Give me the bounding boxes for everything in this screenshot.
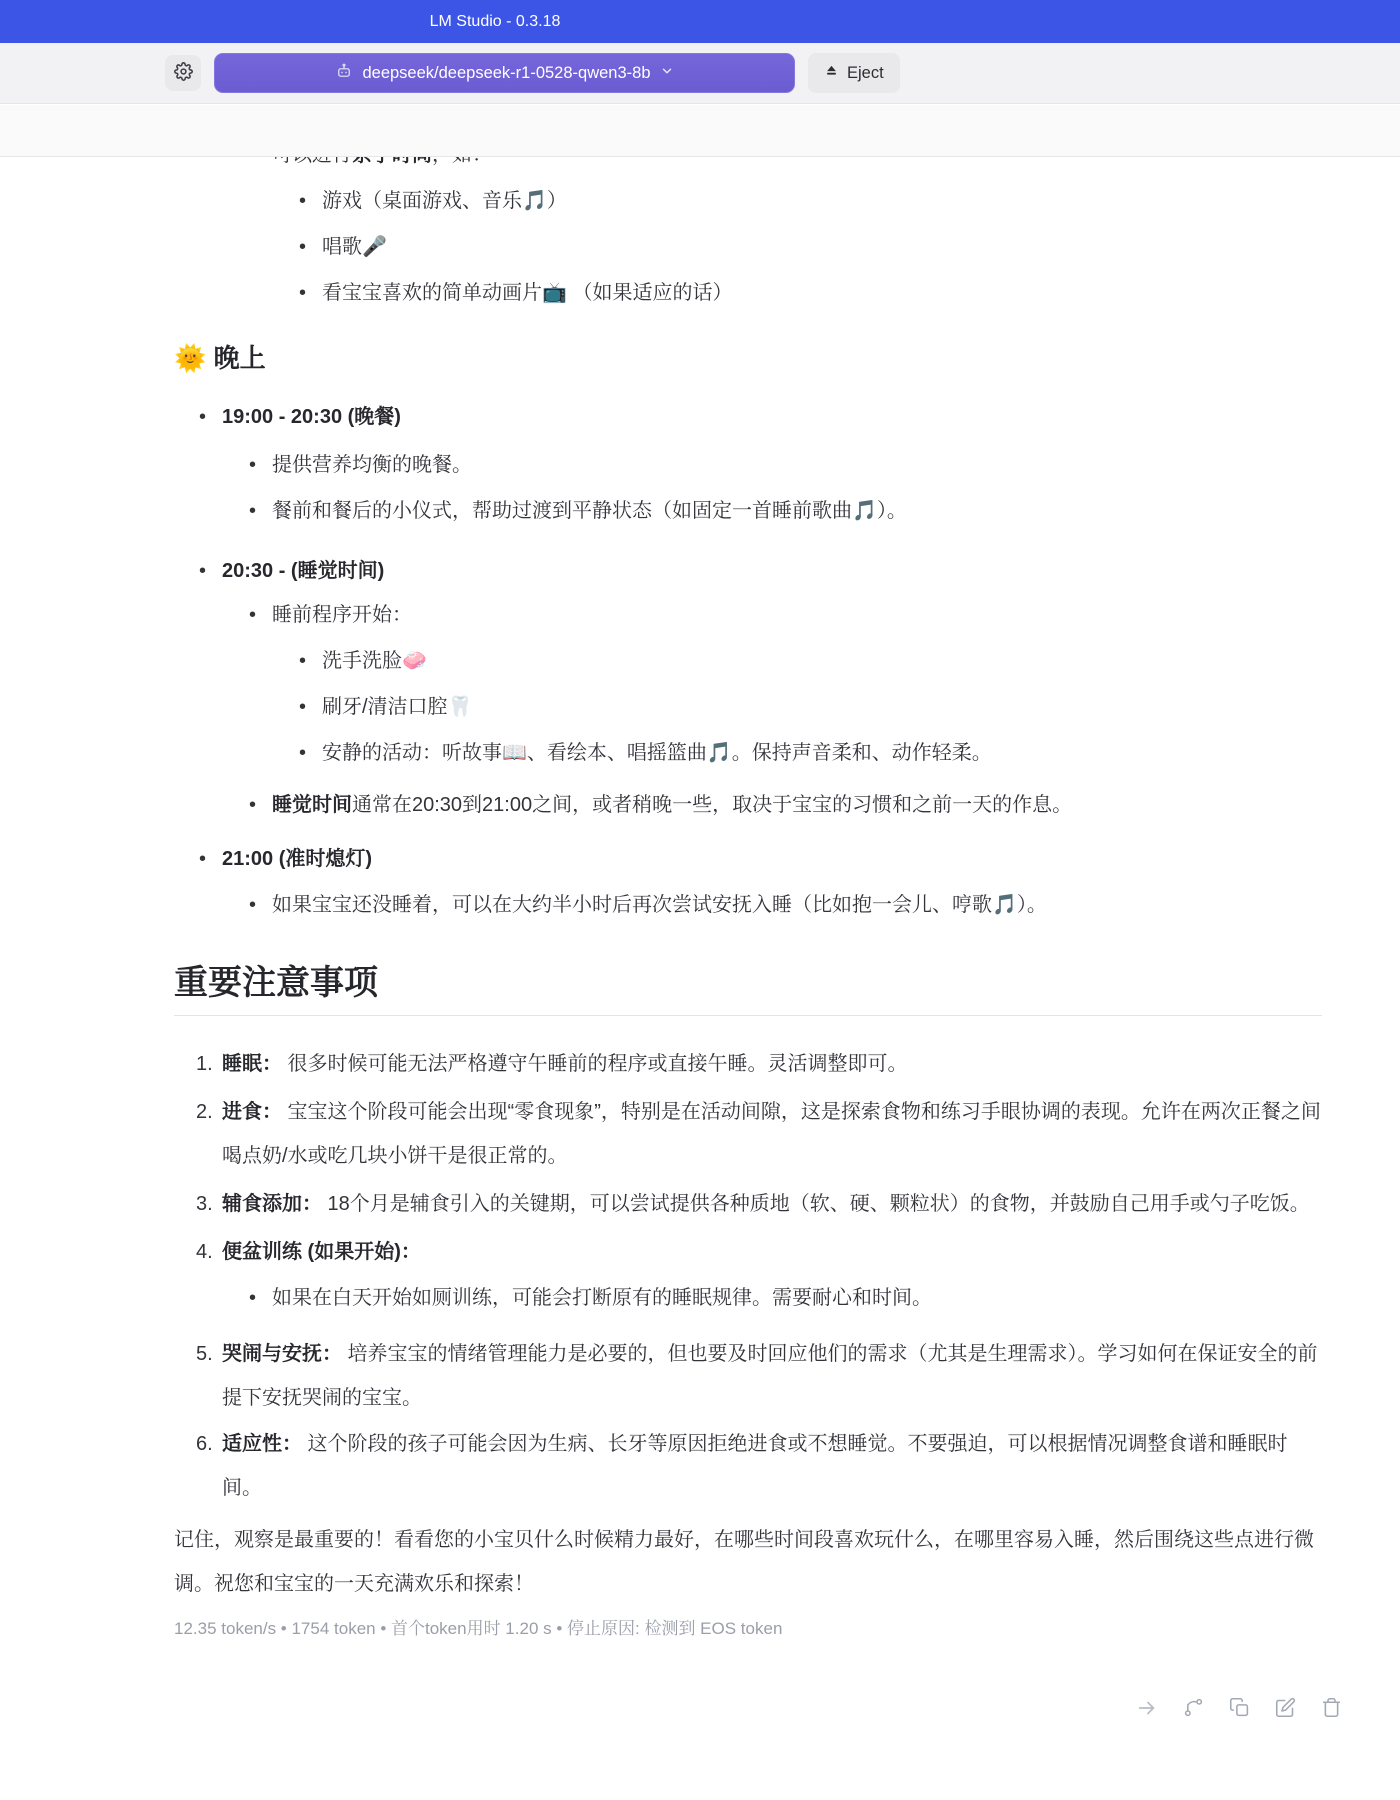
robot-icon <box>335 62 353 85</box>
list-number: 6. <box>196 1422 222 1510</box>
text: 宝宝这个阶段可能会出现“零食现象”，特别是在活动间隙，这是探索食物和练习手眼协调… <box>222 1101 1321 1167</box>
text: 通常在20:30到21:00之间，或者稍晚一些，取决于宝宝的习惯和之前一天的作息… <box>352 794 1072 816</box>
message-actions <box>1088 1696 1344 1722</box>
text: 重要注意事项 <box>174 964 378 1002</box>
item-text: 适应性： 这个阶段的孩子可能会因为生病、长牙等原因拒绝进食或不想睡觉。不要强迫，… <box>222 1422 1322 1510</box>
item-text: 睡前程序开始： <box>272 593 1322 637</box>
model-name: deepseek/deepseek-r1-0528-qwen3-8b <box>362 64 650 83</box>
chevron-down-icon <box>660 64 674 83</box>
list-number: 4. <box>196 1230 222 1274</box>
list-item: •睡觉时间通常在20:30到21:00之间，或者稍晚一些，取决于宝宝的习惯和之前… <box>174 783 1322 827</box>
bullet-marker: • <box>299 179 322 223</box>
bullet-marker: • <box>249 783 272 827</box>
text: 这个阶段的孩子可能会因为生病、长牙等原因拒绝进食或不想睡觉。不要强迫，可以根据情… <box>222 1433 1288 1499</box>
list-item: •如果宝宝还没睡着，可以在大约半小时后再次尝试安抚入睡（比如抱一会儿、哼歌🎵）。 <box>174 883 1322 927</box>
model-selector[interactable]: deepseek/deepseek-r1-0528-qwen3-8b <box>214 53 795 93</box>
list-item: •安静的活动：听故事📖、看绘本、唱摇篮曲🎵。保持声音柔和、动作轻柔。 <box>174 731 1322 775</box>
list-item: •刷牙/清洁口腔🦷 <box>174 685 1322 729</box>
list-item: •提供营养均衡的晚餐。 <box>174 443 1322 487</box>
list-item: •如果在白天开始如厕训练，可能会打断原有的睡眠规律。需要耐心和时间。 <box>174 1276 1322 1320</box>
regenerate-icon <box>1090 1697 1112 1722</box>
gear-icon <box>174 62 193 84</box>
bold-text: 便盆训练 (如果开始)： <box>222 1241 421 1263</box>
item-text: 刷牙/清洁口腔🦷 <box>322 685 1322 729</box>
text: 刷牙/清洁口腔🦷 <box>322 696 472 718</box>
bold-text: 20:30 - (睡觉时间) <box>222 560 384 582</box>
item-text: 提供营养均衡的晚餐。 <box>272 443 1322 487</box>
item-text: 进食： 宝宝这个阶段可能会出现“零食现象”，特别是在活动间隙，这是探索食物和练习… <box>222 1090 1322 1178</box>
trash-icon <box>1321 1697 1342 1721</box>
item-text: 20:30 - (睡觉时间) <box>222 549 1322 593</box>
text: 培养宝宝的情绪管理能力是必要的，但也要及时回应他们的需求（尤其是生理需求）。学习… <box>222 1343 1318 1409</box>
numbered-item: 4.便盆训练 (如果开始)： <box>174 1230 1322 1274</box>
bullet-marker: • <box>299 685 322 729</box>
delete-button[interactable] <box>1318 1696 1344 1722</box>
text: 如果在白天开始如厕训练，可能会打断原有的睡眠规律。需要耐心和时间。 <box>272 1287 932 1309</box>
bullet-marker: • <box>299 271 322 315</box>
divider <box>174 1015 1322 1016</box>
bold-text: 睡眠： <box>222 1053 282 1075</box>
edit-button[interactable] <box>1272 1696 1298 1722</box>
bold-text: 21:00 (准时熄灯) <box>222 848 372 870</box>
toolbar: deepseek/deepseek-r1-0528-qwen3-8b Eject <box>0 43 1400 104</box>
window-title: LM Studio - 0.3.18 <box>0 0 990 43</box>
bullet-marker: • <box>249 1276 272 1320</box>
text: 可以进行 <box>272 157 352 166</box>
eject-icon <box>824 63 839 83</box>
numbered-item: 3.辅食添加： 18个月是辅食引入的关键期，可以尝试提供各种质地（软、硬、颗粒状… <box>174 1182 1322 1226</box>
bullet-marker: • <box>299 225 322 269</box>
list-item: •19:00 - 20:30 (晚餐) <box>174 395 1322 439</box>
copy-icon <box>1229 1697 1250 1721</box>
bullet-marker: • <box>249 489 272 533</box>
settings-button[interactable] <box>165 55 201 91</box>
bold-text: 进食： <box>222 1101 282 1123</box>
item-text: 睡眠： 很多时候可能无法严格遵守午睡前的程序或直接午睡。灵活调整即可。 <box>222 1042 1322 1086</box>
item-text: 看宝宝喜欢的简单动画片📺 （如果适应的话） <box>322 271 1322 315</box>
text: 18个月是辅食引入的关键期，可以尝试提供各种质地（软、硬、颗粒状）的食物，并鼓励… <box>322 1193 1310 1215</box>
text: 餐前和餐后的小仪式，帮助过渡到平静状态（如固定一首睡前歌曲🎵）。 <box>272 500 907 522</box>
clipped-line: •可以进行亲子时间，如： <box>174 157 1322 177</box>
item-text: 哭闹与安抚： 培养宝宝的情绪管理能力是必要的，但也要及时回应他们的需求（尤其是生… <box>222 1332 1322 1420</box>
window-titlebar: LM Studio - 0.3.18 <box>0 0 1400 43</box>
numbered-item: 1.睡眠： 很多时候可能无法严格遵守午睡前的程序或直接午睡。灵活调整即可。 <box>174 1042 1322 1086</box>
item-text: 游戏（桌面游戏、音乐🎵） <box>322 179 1322 223</box>
bold-text: 适应性： <box>222 1433 302 1455</box>
item-text: 睡觉时间通常在20:30到21:00之间，或者稍晚一些，取决于宝宝的习惯和之前一… <box>272 783 1322 827</box>
list-item: •20:30 - (睡觉时间) <box>174 549 1322 593</box>
branch-icon <box>1183 1697 1204 1721</box>
markdown-body: •可以进行亲子时间，如：•游戏（桌面游戏、音乐🎵）•唱歌🎤•看宝宝喜欢的简单动画… <box>174 157 1322 1606</box>
continue-button[interactable] <box>1134 1696 1160 1722</box>
edit-icon <box>1275 1697 1296 1721</box>
list-item: •可以进行亲子时间，如： <box>174 157 1322 177</box>
item-text: 辅食添加： 18个月是辅食引入的关键期，可以尝试提供各种质地（软、硬、颗粒状）的… <box>222 1182 1322 1226</box>
text: 看宝宝喜欢的简单动画片📺 （如果适应的话） <box>322 282 732 304</box>
list-item: •看宝宝喜欢的简单动画片📺 （如果适应的话） <box>174 271 1322 315</box>
eject-button[interactable]: Eject <box>808 53 900 93</box>
section-heading: 重要注意事项 <box>174 961 1322 1005</box>
bold-text: 亲子时间 <box>352 157 432 166</box>
list-item: •21:00 (准时熄灯) <box>174 837 1322 881</box>
subsection-heading: 🌞 晚上 <box>174 339 1322 377</box>
text: ，如： <box>432 157 492 166</box>
text: 🌞 晚上 <box>174 343 266 373</box>
bullet-marker: • <box>249 883 272 927</box>
item-text: 洗手洗脸🧼 <box>322 639 1322 683</box>
list-item: •唱歌🎤 <box>174 225 1322 269</box>
bold-text: 哭闹与安抚： <box>222 1343 342 1365</box>
text: 睡前程序开始： <box>272 604 412 626</box>
copy-button[interactable] <box>1226 1696 1252 1722</box>
item-text: 21:00 (准时熄灯) <box>222 837 1322 881</box>
bullet-marker: • <box>249 593 272 637</box>
item-text: 可以进行亲子时间，如： <box>272 157 1322 177</box>
list-item: •睡前程序开始： <box>174 593 1322 637</box>
text: 提供营养均衡的晚餐。 <box>272 454 472 476</box>
bullet-marker: • <box>199 395 222 439</box>
arrow-right-icon <box>1136 1697 1158 1722</box>
eject-label: Eject <box>847 64 884 83</box>
bullet-marker: • <box>299 731 322 775</box>
item-text: 如果在白天开始如厕训练，可能会打断原有的睡眠规律。需要耐心和时间。 <box>272 1276 1322 1320</box>
text: 记住，观察是最重要的！看看您的小宝贝什么时候精力最好，在哪些时间段喜欢玩什么，在… <box>174 1529 1314 1595</box>
item-text: 如果宝宝还没睡着，可以在大约半小时后再次尝试安抚入睡（比如抱一会儿、哼歌🎵）。 <box>272 883 1322 927</box>
regenerate-button[interactable] <box>1088 1696 1114 1722</box>
paragraph: 记住，观察是最重要的！看看您的小宝贝什么时候精力最好，在哪些时间段喜欢玩什么，在… <box>174 1518 1322 1606</box>
list-item: •游戏（桌面游戏、音乐🎵） <box>174 179 1322 223</box>
text: 游戏（桌面游戏、音乐🎵） <box>322 190 567 212</box>
list-number: 3. <box>196 1182 222 1226</box>
numbered-item: 5.哭闹与安抚： 培养宝宝的情绪管理能力是必要的，但也要及时回应他们的需求（尤其… <box>174 1332 1322 1420</box>
item-text: 安静的活动：听故事📖、看绘本、唱摇篮曲🎵。保持声音柔和、动作轻柔。 <box>322 731 1322 775</box>
numbered-item: 6.适应性： 这个阶段的孩子可能会因为生病、长牙等原因拒绝进食或不想睡觉。不要强… <box>174 1422 1322 1510</box>
list-number: 2. <box>196 1090 222 1178</box>
assistant-message: •可以进行亲子时间，如：•游戏（桌面游戏、音乐🎵）•唱歌🎤•看宝宝喜欢的简单动画… <box>0 157 1400 1800</box>
list-item: •洗手洗脸🧼 <box>174 639 1322 683</box>
item-text: 便盆训练 (如果开始)： <box>222 1230 1322 1274</box>
text: 洗手洗脸🧼 <box>322 650 427 672</box>
bold-text: 19:00 - 20:30 (晚餐) <box>222 406 401 428</box>
bullet-marker: • <box>249 443 272 487</box>
bold-text: 辅食添加： <box>222 1193 322 1215</box>
bullet-marker: • <box>199 837 222 881</box>
list-number: 1. <box>196 1042 222 1086</box>
item-text: 19:00 - 20:30 (晚餐) <box>222 395 1322 439</box>
text: 唱歌🎤 <box>322 236 387 258</box>
numbered-item: 2.进食： 宝宝这个阶段可能会出现“零食现象”，特别是在活动间隙，这是探索食物和… <box>174 1090 1322 1178</box>
text: 如果宝宝还没睡着，可以在大约半小时后再次尝试安抚入睡（比如抱一会儿、哼歌🎵）。 <box>272 894 1047 916</box>
list-item: •餐前和餐后的小仪式，帮助过渡到平静状态（如固定一首睡前歌曲🎵）。 <box>174 489 1322 533</box>
branch-button[interactable] <box>1180 1696 1206 1722</box>
item-text: 餐前和餐后的小仪式，帮助过渡到平静状态（如固定一首睡前歌曲🎵）。 <box>272 489 1322 533</box>
bold-text: 睡觉时间 <box>272 794 352 816</box>
text: 很多时候可能无法严格遵守午睡前的程序或直接午睡。灵活调整即可。 <box>282 1053 908 1075</box>
chat-area-top-strip <box>0 105 1400 157</box>
text: 安静的活动：听故事📖、看绘本、唱摇篮曲🎵。保持声音柔和、动作轻柔。 <box>322 742 992 764</box>
list-number: 5. <box>196 1332 222 1420</box>
item-text: 唱歌🎤 <box>322 225 1322 269</box>
bullet-marker: • <box>249 157 272 177</box>
generation-stats: 12.35 token/s • 1754 token • 首个token用时 1… <box>174 1618 1322 1640</box>
bullet-marker: • <box>199 549 222 593</box>
bullet-marker: • <box>299 639 322 683</box>
